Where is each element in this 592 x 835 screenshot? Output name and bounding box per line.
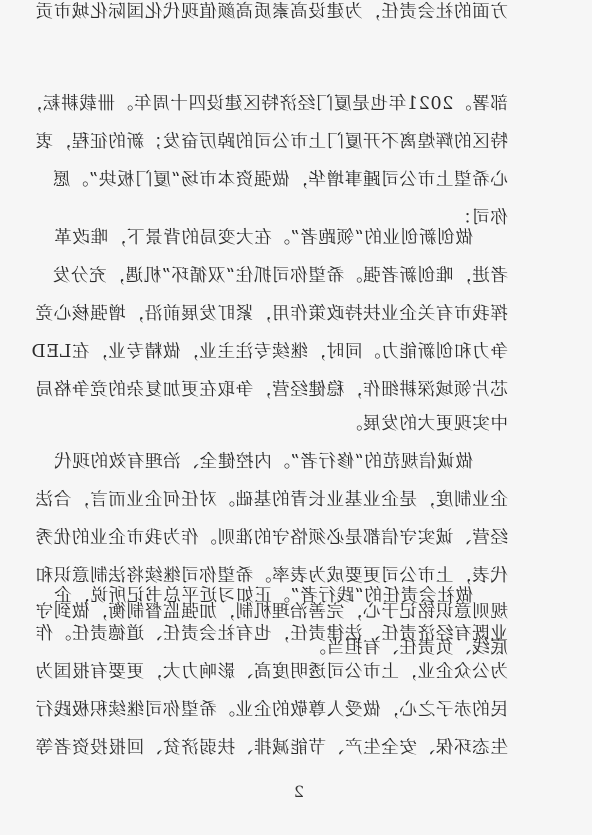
document-line: 做创新创业的“领跑者”。在大变局的背景下，唯改革 [76, 226, 508, 250]
document-line: 特区的辉煌离不开厦门上市公司的踔厉奋发；新的征程，衷 [76, 130, 508, 154]
page-number: 2 [294, 782, 304, 801]
document-line: 争力和创新能力。同时，继续专注主业，做精专业，在LED [76, 340, 508, 364]
document-line: 中实现更大的发展。 [76, 412, 508, 436]
document-line: 挥我市有关企业扶持政策作用，紧盯发展前沿，增强核心竞 [76, 302, 508, 326]
document-line: 心希望上市公司踵事增华，做强资本市场“厦门板块”。愿 [76, 168, 508, 192]
document-line: 经营、诚实守信都是必须恪守的准则。作为我市企业的优秀 [76, 526, 508, 550]
document-page: 部署。2021年也是厦门经济特区建设四十周年。卌载耕耘，特区的辉煌离不开厦门上市… [0, 0, 592, 835]
document-line: 者进，唯创新者强。希望你司抓住“双循环”机遇，充分发 [76, 264, 508, 288]
document-line: 为公众企业，上市公司透明度高、影响力大，更要有报国为 [76, 660, 508, 684]
document-line: 民的赤子之心，做受人尊敬的企业。希望你司继续积极践行 [76, 698, 508, 722]
document-line: 企业制度，是企业基业长青的基础。对任何企业而言，合法 [76, 488, 508, 512]
document-line: 方面的社会责任，为建设高素质高颜值现代化国际化城市贡 [76, 0, 508, 24]
document-line: 做社会责任的“践行者”。正如习近平总书记所说，企 [76, 584, 508, 608]
document-line: 部署。2021年也是厦门经济特区建设四十周年。卌载耕耘， [76, 92, 508, 116]
document-line: 业既有经济责任、法律责任，也有社会责任、道德责任。作 [76, 622, 508, 646]
document-line: 做诚信规范的“修行者”。内控健全、治理有效的现代 [76, 450, 508, 474]
document-line: 生态环保、安全生产、节能减排、扶弱济贫、回报投资者等 [76, 736, 508, 760]
document-line: 芯片领域深耕细作，稳健经营，争取在更加复杂的竞争格局 [76, 378, 508, 402]
